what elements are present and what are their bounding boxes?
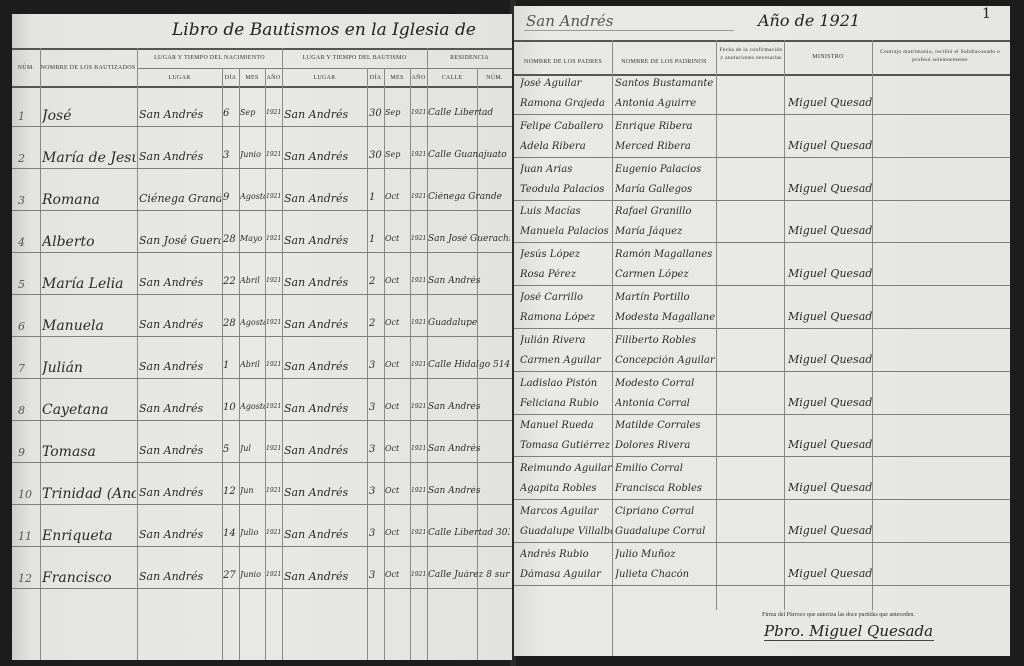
register-title: Libro de Bautismos en la Iglesia de <box>172 20 476 40</box>
col-rule <box>612 40 613 656</box>
row-rule <box>12 546 512 547</box>
baptism-day: 1 <box>369 234 384 245</box>
minister-name: Miguel Quesada <box>788 96 872 109</box>
right-page: San Andrés Año de 1921 1 Nombre de los p… <box>514 6 1010 656</box>
father-name: Felipe Caballero <box>520 121 612 132</box>
baptism-year: 1921 <box>411 529 427 536</box>
baptism-year: 1921 <box>411 109 427 116</box>
baptism-year: 1921 <box>411 487 427 494</box>
minister-name: Miguel Quesada <box>788 139 872 152</box>
birth-day: 6 <box>223 108 239 119</box>
col-rule <box>716 40 717 610</box>
left-page: Libro de Bautismos en la Iglesia de Núm.… <box>12 14 512 660</box>
birth-year: 1921 <box>266 445 282 452</box>
birth-year: 1921 <box>266 529 282 536</box>
baptism-month: Oct <box>385 234 410 243</box>
godmother-name: Francisca Robles <box>615 483 715 494</box>
birth-place: San Andrés <box>139 528 221 541</box>
birth-month: Jun <box>240 486 265 495</box>
col-header-bapt-month: Mes <box>384 74 410 82</box>
col-rule <box>427 48 428 660</box>
header-bottom-rule <box>514 74 1010 76</box>
baptism-year: 1921 <box>411 193 427 200</box>
birth-day: 1 <box>223 360 239 371</box>
birth-year: 1921 <box>266 109 282 116</box>
mother-name: Tomasa Gutiérrez <box>520 440 612 451</box>
col-header-minister: Ministro <box>784 53 872 61</box>
col-header-num: Núm. <box>12 64 40 72</box>
godmother-name: Concepción Aguilar <box>615 355 715 366</box>
godfather-name: Rafael Granillo <box>615 206 715 217</box>
mother-name: Carmen Aguilar <box>520 355 612 366</box>
baptism-year: 1921 <box>411 151 427 158</box>
col-header-bapt-day: Día <box>367 74 384 82</box>
birth-month: Abril <box>240 276 265 285</box>
parish-name: San Andrés <box>526 12 614 30</box>
godmother-name: Dolores Rivera <box>615 440 715 451</box>
entry-number: 10 <box>18 488 32 501</box>
col-rule <box>784 40 785 610</box>
baptism-day: 2 <box>369 318 384 329</box>
row-rule <box>514 285 1010 286</box>
birth-month: Jul <box>240 444 265 453</box>
col-header-birth-place: Lugar <box>137 74 222 82</box>
birth-place: Ciénega Grande <box>139 192 221 205</box>
header-mid-rule <box>137 68 512 69</box>
godmother-name: Julieta Chacón <box>615 569 715 580</box>
residence: Calle Libertad <box>428 108 510 118</box>
year-label: Año de 1921 <box>758 11 860 30</box>
birth-month: Junio <box>240 150 265 159</box>
parish-underline <box>524 30 734 31</box>
godfather-name: Emilio Corral <box>615 463 715 474</box>
father-name: Jesús López <box>520 249 612 260</box>
birth-place: San Andrés <box>139 150 221 163</box>
residence: San Andrés <box>428 402 510 412</box>
minister-name: Miguel Quesada <box>788 224 872 237</box>
minister-name: Miguel Quesada <box>788 310 872 323</box>
godfather-name: Ramón Magallanes <box>615 249 715 260</box>
godfather-name: Filiberto Robles <box>615 335 715 346</box>
birth-year: 1921 <box>266 361 282 368</box>
signature-label: Firma del Párroco que autoriza las doce … <box>762 612 915 618</box>
col-header-name: Nombre de los bautizados <box>40 64 136 72</box>
minister-name: Miguel Quesada <box>788 182 872 195</box>
col-header-parents: Nombre de los padres <box>514 58 612 66</box>
birth-day: 9 <box>223 192 239 203</box>
father-name: José Carrillo <box>520 292 612 303</box>
baptized-name: Cayetana <box>42 402 136 418</box>
residence: Calle Guanajuato <box>428 150 510 160</box>
row-rule <box>12 420 512 421</box>
minister-name: Miguel Quesada <box>788 481 872 494</box>
col-rule <box>40 48 41 660</box>
row-rule <box>514 499 1010 500</box>
birth-year: 1921 <box>266 193 282 200</box>
header-top-rule <box>514 40 1010 42</box>
mother-name: Ramona Grajeda <box>520 98 612 109</box>
row-rule <box>12 378 512 379</box>
col-rule <box>282 48 283 660</box>
entry-number: 6 <box>18 320 25 333</box>
minister-name: Miguel Quesada <box>788 267 872 280</box>
mother-name: Rosa Pérez <box>520 269 612 280</box>
father-name: Reimundo Aguilar <box>520 463 612 474</box>
col-rule <box>137 48 138 660</box>
baptism-day: 3 <box>369 570 384 581</box>
row-rule <box>514 585 1010 586</box>
godmother-name: Antonia Aguirre <box>615 98 715 109</box>
residence: San Andrés <box>428 276 510 286</box>
birth-year: 1921 <box>266 487 282 494</box>
baptism-year: 1921 <box>411 403 427 410</box>
baptized-name: Manuela <box>42 318 136 334</box>
baptized-name: Romana <box>42 192 136 208</box>
residence: San Andrés <box>428 444 510 454</box>
birth-month: Agosto <box>240 318 265 327</box>
col-header-godparents: Nombre de los padrinos <box>612 58 716 66</box>
col-rule <box>367 68 368 660</box>
birth-year: 1921 <box>266 319 282 326</box>
entry-number: 8 <box>18 404 25 417</box>
birth-place: San Andrés <box>139 318 221 331</box>
baptism-place: San Andrés <box>284 192 366 205</box>
header-top-rule <box>12 48 512 50</box>
birth-month: Junio <box>240 570 265 579</box>
mother-name: Adela Ribera <box>520 141 612 152</box>
godfather-name: Santos Bustamante <box>615 78 715 89</box>
minister-name: Miguel Quesada <box>788 396 872 409</box>
header-bottom-rule <box>12 86 512 88</box>
baptized-name: Tomasa <box>42 444 136 460</box>
mother-name: Teodula Palacios <box>520 184 612 195</box>
col-header-birth-month: Mes <box>239 74 265 82</box>
row-rule <box>514 542 1010 543</box>
entry-number: 7 <box>18 362 25 375</box>
birth-day: 28 <box>223 234 239 245</box>
birth-place: San Andrés <box>139 360 221 373</box>
minister-name: Miguel Quesada <box>788 567 872 580</box>
baptism-place: San Andrés <box>284 444 366 457</box>
birth-day: 22 <box>223 276 239 287</box>
baptism-month: Oct <box>385 276 410 285</box>
baptism-place: San Andrés <box>284 150 366 163</box>
baptism-place: San Andrés <box>284 234 366 247</box>
entry-number: 5 <box>18 278 25 291</box>
birth-place: San José Guerachic <box>139 234 221 247</box>
baptism-month: Oct <box>385 402 410 411</box>
baptism-day: 1 <box>369 192 384 203</box>
baptized-name: María de Jesús <box>42 150 136 166</box>
baptized-name: Julián <box>42 360 136 376</box>
mother-name: Guadalupe Villalba <box>520 526 612 537</box>
residence: San José Guerachic <box>428 234 510 244</box>
birth-place: San Andrés <box>139 486 221 499</box>
row-rule <box>514 414 1010 415</box>
birth-month: Abril <box>240 360 265 369</box>
col-header-bapt-year: Año <box>410 74 427 82</box>
godfather-name: Matilde Corrales <box>615 420 715 431</box>
birth-month: Sep <box>240 108 265 117</box>
minister-name: Miguel Quesada <box>788 438 872 451</box>
col-header-marriage: Contrajo matrimonio, recibió el Subdiaco… <box>872 48 1008 64</box>
birth-day: 12 <box>223 486 239 497</box>
baptism-year: 1921 <box>411 319 427 326</box>
page-number: 1 <box>982 6 991 22</box>
baptized-name: María Lelia <box>42 276 136 292</box>
row-rule <box>514 157 1010 158</box>
row-rule <box>12 588 512 589</box>
baptism-day: 30 <box>369 108 384 119</box>
birth-day: 3 <box>223 150 239 161</box>
col-header-birth-group: Lugar y tiempo del nacimiento <box>137 54 282 62</box>
birth-day: 10 <box>223 402 239 413</box>
entry-number: 1 <box>18 110 25 123</box>
father-name: Andrés Rubio <box>520 549 612 560</box>
col-header-confirmation: Fecha de la confirmación y anotaciones n… <box>718 46 784 62</box>
row-rule <box>12 210 512 211</box>
baptized-name: Alberto <box>42 234 136 250</box>
baptized-name: Trinidad (Andrea) <box>42 486 136 502</box>
father-name: Marcos Aguilar <box>520 506 612 517</box>
baptism-month: Sep <box>385 150 410 159</box>
baptism-month: Sep <box>385 108 410 117</box>
baptized-name: Francisco <box>42 570 136 586</box>
baptized-name: José <box>42 108 136 124</box>
entry-number: 11 <box>18 530 32 543</box>
birth-year: 1921 <box>266 571 282 578</box>
baptism-day: 2 <box>369 276 384 287</box>
row-rule <box>12 126 512 127</box>
birth-day: 27 <box>223 570 239 581</box>
residence: Calle Juárez 8 sur <box>428 570 510 580</box>
mother-name: Manuela Palacios <box>520 226 612 237</box>
birth-month: Agosto <box>240 402 265 411</box>
baptism-place: San Andrés <box>284 402 366 415</box>
birth-year: 1921 <box>266 151 282 158</box>
father-name: José Aguilar <box>520 78 612 89</box>
baptism-month: Oct <box>385 570 410 579</box>
birth-month: Agosto <box>240 192 265 201</box>
mother-name: Agapita Robles <box>520 483 612 494</box>
residence: Calle Hidalgo 514 <box>428 360 510 370</box>
birth-place: San Andrés <box>139 444 221 457</box>
entry-number: 3 <box>18 194 25 207</box>
baptism-month: Oct <box>385 486 410 495</box>
entry-number: 4 <box>18 236 25 249</box>
birth-day: 14 <box>223 528 239 539</box>
baptism-place: San Andrés <box>284 360 366 373</box>
col-header-bapt-group: Lugar y tiempo del bautismo <box>282 54 427 62</box>
col-header-street-num: Núm. <box>477 74 512 82</box>
father-name: Luis Macías <box>520 206 612 217</box>
col-rule <box>872 40 873 610</box>
col-header-birth-year: Año <box>265 74 282 82</box>
baptism-day: 30 <box>369 150 384 161</box>
baptism-month: Oct <box>385 318 410 327</box>
father-name: Ladislao Pistón <box>520 378 612 389</box>
godmother-name: Merced Ribera <box>615 141 715 152</box>
col-header-street: Calle <box>427 74 477 82</box>
baptism-month: Oct <box>385 360 410 369</box>
godmother-name: Carmen López <box>615 269 715 280</box>
row-rule <box>514 328 1010 329</box>
residence: Ciénega Grande <box>428 192 510 202</box>
entry-number: 12 <box>18 572 32 585</box>
row-rule <box>12 336 512 337</box>
baptism-day: 3 <box>369 528 384 539</box>
mother-name: Dámasa Aguilar <box>520 569 612 580</box>
baptism-place: San Andrés <box>284 318 366 331</box>
row-rule <box>514 371 1010 372</box>
godfather-name: Martín Portillo <box>615 292 715 303</box>
godfather-name: Cipriano Corral <box>615 506 715 517</box>
baptism-place: San Andrés <box>284 528 366 541</box>
birth-day: 28 <box>223 318 239 329</box>
birth-year: 1921 <box>266 277 282 284</box>
father-name: Juan Arias <box>520 164 612 175</box>
baptism-day: 3 <box>369 360 384 371</box>
godfather-name: Eugenio Palacios <box>615 164 715 175</box>
godfather-name: Modesto Corral <box>615 378 715 389</box>
row-rule <box>12 252 512 253</box>
baptism-place: San Andrés <box>284 108 366 121</box>
birth-place: San Andrés <box>139 108 221 121</box>
row-rule <box>12 168 512 169</box>
row-rule <box>12 462 512 463</box>
row-rule <box>12 504 512 505</box>
residence: San Andrés <box>428 486 510 496</box>
godmother-name: María Jáquez <box>615 226 715 237</box>
birth-month: Julio <box>240 528 265 537</box>
birth-year: 1921 <box>266 403 282 410</box>
col-header-bapt-place: Lugar <box>282 74 367 82</box>
residence: Guadalupe <box>428 318 510 328</box>
baptism-day: 3 <box>369 444 384 455</box>
row-rule <box>514 114 1010 115</box>
baptism-day: 3 <box>369 486 384 497</box>
entry-number: 2 <box>18 152 25 165</box>
godmother-name: Guadalupe Corral <box>615 526 715 537</box>
row-rule <box>514 242 1010 243</box>
baptized-name: Enriqueta <box>42 528 136 544</box>
godmother-name: Modesta Magallanes <box>615 312 715 323</box>
father-name: Manuel Rueda <box>520 420 612 431</box>
row-rule <box>514 200 1010 201</box>
baptism-year: 1921 <box>411 277 427 284</box>
godfather-name: Enrique Ribera <box>615 121 715 132</box>
baptism-place: San Andrés <box>284 486 366 499</box>
row-rule <box>514 456 1010 457</box>
godmother-name: Antonia Corral <box>615 398 715 409</box>
baptism-day: 3 <box>369 402 384 413</box>
residence: Calle Libertad 303 <box>428 528 510 538</box>
baptism-month: Oct <box>385 444 410 453</box>
birth-place: San Andrés <box>139 570 221 583</box>
birth-day: 5 <box>223 444 239 455</box>
birth-place: San Andrés <box>139 276 221 289</box>
mother-name: Feliciana Rubio <box>520 398 612 409</box>
birth-month: Mayo <box>240 234 265 243</box>
baptism-year: 1921 <box>411 445 427 452</box>
minister-name: Miguel Quesada <box>788 353 872 366</box>
baptism-month: Oct <box>385 192 410 201</box>
baptism-year: 1921 <box>411 571 427 578</box>
col-header-birth-day: Día <box>222 74 239 82</box>
baptism-place: San Andrés <box>284 276 366 289</box>
entry-number: 9 <box>18 446 25 459</box>
minister-name: Miguel Quesada <box>788 524 872 537</box>
father-name: Julián Rivera <box>520 335 612 346</box>
priest-signature: Pbro. Miguel Quesada <box>764 622 934 641</box>
col-header-residence: Residencia <box>427 54 512 62</box>
birth-place: San Andrés <box>139 402 221 415</box>
baptism-month: Oct <box>385 528 410 537</box>
baptism-place: San Andrés <box>284 570 366 583</box>
baptism-year: 1921 <box>411 361 427 368</box>
mother-name: Ramona López <box>520 312 612 323</box>
godmother-name: María Gallegos <box>615 184 715 195</box>
birth-year: 1921 <box>266 235 282 242</box>
row-rule <box>12 294 512 295</box>
baptism-year: 1921 <box>411 235 427 242</box>
godfather-name: Julio Muñoz <box>615 549 715 560</box>
